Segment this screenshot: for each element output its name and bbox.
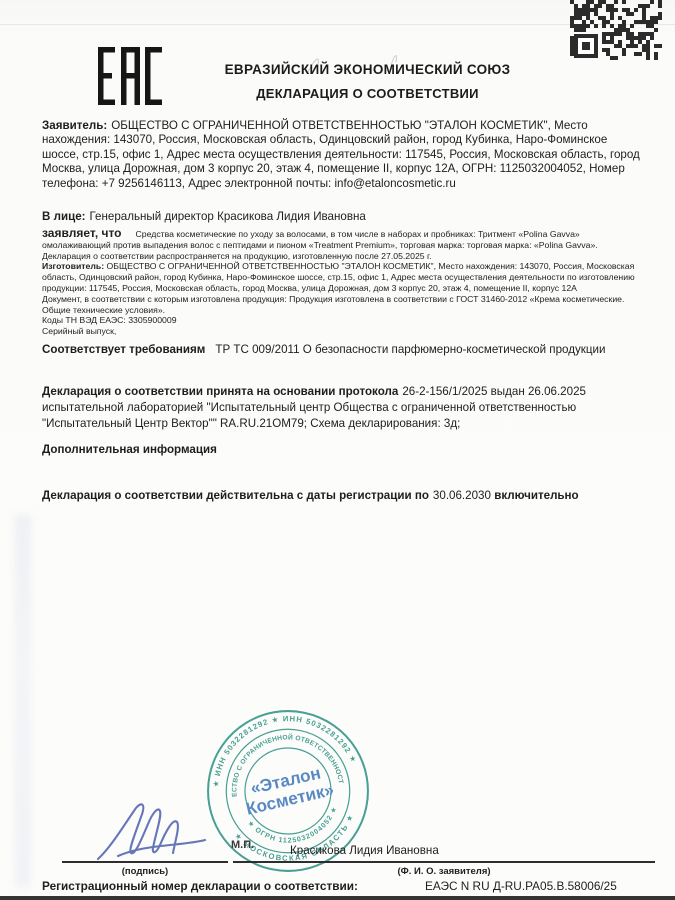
scan-edge-band bbox=[0, 896, 675, 900]
conformity-text: ТР ТС 009/2011 О безопасности парфюмерно… bbox=[215, 343, 605, 356]
in-face-text: Генеральный директор Красикова Лидия Ива… bbox=[90, 210, 366, 223]
document-header: ЕВРАЗИЙСКИЙ ЭКОНОМИЧЕСКИЙ СОЮЗ ДЕКЛАРАЦИ… bbox=[100, 62, 635, 101]
union-title: ЕВРАЗИЙСКИЙ ЭКОНОМИЧЕСКИЙ СОЮЗ bbox=[100, 62, 635, 77]
registration-number-label: Регистрационный номер декларации о соотв… bbox=[42, 879, 358, 893]
conformity-label: Соответствует требованиям bbox=[42, 343, 205, 356]
protocol-paragraph: Декларация о соответствии принята на осн… bbox=[42, 384, 637, 431]
declaration-document: ЕВРАЗИЙСКИЙ ЭКОНОМИЧЕСКИЙ СОЮЗ ДЕКЛАРАЦИ… bbox=[0, 0, 675, 900]
fio-caption: (Ф. И. О. заявителя) bbox=[233, 866, 655, 877]
manufacturer-label: Изготовитель: bbox=[42, 261, 104, 271]
validity-paragraph: Декларация о соответствии действительна … bbox=[42, 488, 587, 503]
scan-artifact-smudge bbox=[15, 515, 31, 887]
product-paragraph: заявляет, чтоСредства косметические по у… bbox=[42, 228, 642, 251]
registration-number-value: ЕАЭС N RU Д-RU.РА05.В.58006/25 bbox=[425, 879, 617, 893]
page-title: ДЕКЛАРАЦИЯ О СООТВЕТСТВИИ bbox=[100, 86, 635, 101]
applicant-label: Заявитель: bbox=[42, 119, 107, 132]
declares-block: заявляет, чтоСредства косметические по у… bbox=[42, 228, 642, 337]
applicant-fio: Красикова Лидия Ивановна bbox=[290, 844, 439, 857]
conformity-paragraph: Соответствует требованиямТР ТС 009/2011 … bbox=[42, 342, 607, 357]
in-face-label: В лице: bbox=[42, 210, 86, 223]
validity-suffix: включительно bbox=[494, 489, 578, 502]
stamp-place-label: М.П. bbox=[231, 839, 254, 851]
additional-info-label: Дополнительная информация bbox=[42, 443, 442, 457]
fio-line bbox=[233, 861, 655, 863]
product-document-text: Документ, в соответствии с которым изгот… bbox=[42, 294, 642, 316]
protocol-label: Декларация о соответствии принята на осн… bbox=[42, 385, 398, 398]
product-text: Средства косметические по уходу за волос… bbox=[42, 229, 598, 250]
validity-date: 30.06.2030 bbox=[433, 489, 491, 502]
declares-label: заявляет, что bbox=[42, 226, 122, 240]
tnved-codes: Коды ТН ВЭД ЕАЭС: 3305900009 bbox=[42, 315, 642, 326]
qr-code bbox=[570, 0, 662, 62]
manufacturer-paragraph: Изготовитель: ОБЩЕСТВО С ОГРАНИЧЕННОЙ ОТ… bbox=[42, 261, 642, 293]
in-face-paragraph: В лице:Генеральный директор Красикова Ли… bbox=[42, 210, 642, 224]
signature-line bbox=[62, 861, 228, 863]
manufacturer-text: ОБЩЕСТВО С ОГРАНИЧЕННОЙ ОТВЕТСТВЕННОСТЬЮ… bbox=[42, 261, 635, 293]
applicant-text: ОБЩЕСТВО С ОГРАНИЧЕННОЙ ОТВЕТСТВЕННОСТЬЮ… bbox=[42, 119, 640, 190]
signature bbox=[90, 796, 240, 866]
applicant-paragraph: Заявитель:ОБЩЕСТВО С ОГРАНИЧЕННОЙ ОТВЕТС… bbox=[42, 119, 642, 191]
signature-caption: (подпись) bbox=[62, 866, 228, 877]
validity-label: Декларация о соответствии действительна … bbox=[42, 489, 429, 502]
serial-issue: Серийный выпуск, bbox=[42, 326, 642, 337]
distribution-text: Декларация о соответствии распространяет… bbox=[42, 251, 642, 262]
